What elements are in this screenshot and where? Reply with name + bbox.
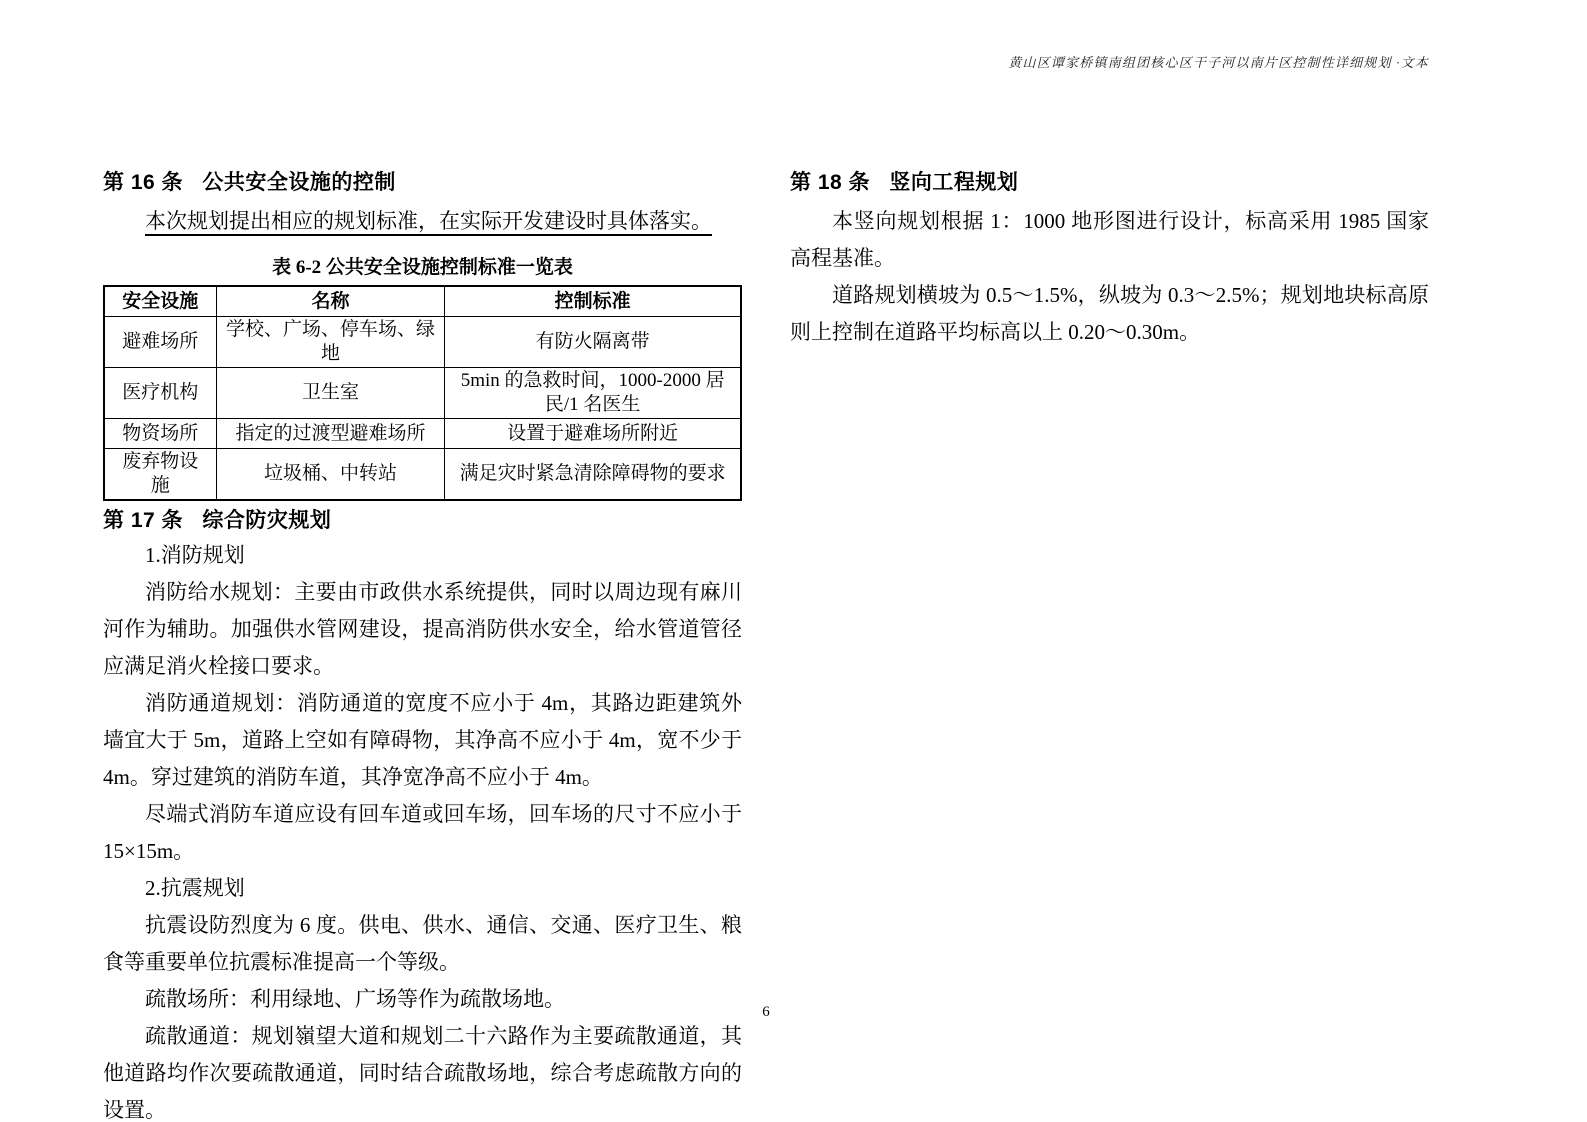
cell-facility: 物资场所: [104, 419, 216, 449]
header-cell-standard: 控制标准: [445, 286, 741, 317]
cell-standard: 设置于避难场所附近: [445, 419, 741, 449]
article-17-paragraph: 尽端式消防车道应设有回车道或回车场，回车场的尺寸不应小于 15×15m。: [103, 796, 742, 870]
cell-name: 学校、广场、停车场、绿地: [216, 317, 445, 368]
article-17-heading: 第 17 条 综合防灾规划: [103, 508, 742, 534]
cell-standard: 满足灾时紧急清除障碍物的要求: [445, 449, 741, 501]
article-17-title: 综合防灾规划: [202, 509, 331, 532]
safety-facilities-table: 安全设施 名称 控制标准 避难场所 学校、广场、停车场、绿地 有防火隔离带 医疗…: [103, 285, 742, 501]
article-17-paragraph: 1.消防规划: [103, 537, 742, 574]
article-18-heading: 第 18 条 竖向工程规划: [790, 170, 1429, 196]
article-17-paragraph: 消防给水规划：主要由市政供水系统提供，同时以周边现有麻川河作为辅助。加强供水管网…: [103, 574, 742, 685]
table-row: 医疗机构 卫生室 5min 的急救时间，1000-2000 居民/1 名医生: [104, 368, 741, 419]
cell-name: 指定的过渡型避难场所: [216, 419, 445, 449]
cell-name: 卫生室: [216, 368, 445, 419]
table-row: 废弃物设施 垃圾桶、中转站 满足灾时紧急清除障碍物的要求: [104, 449, 741, 501]
underlined-sentence: 本次规划提出相应的规划标准，在实际开发建设时具体落实。: [145, 209, 712, 233]
article-18-title: 竖向工程规划: [889, 171, 1018, 194]
article-17-paragraph: 疏散通道：规划嶺望大道和规划二十六路作为主要疏散通道，其他道路均作次要疏散通道，…: [103, 1018, 742, 1122]
article-17-paragraph: 消防通道规划：消防通道的宽度不应小于 4m，其路边距建筑外墙宜大于 5m，道路上…: [103, 685, 742, 796]
page-number: 6: [103, 1004, 1429, 1021]
cell-standard: 5min 的急救时间，1000-2000 居民/1 名医生: [445, 368, 741, 419]
cell-name: 垃圾桶、中转站: [216, 449, 445, 501]
article-17-paragraph: 抗震设防烈度为 6 度。供电、供水、通信、交通、医疗卫生、粮食等重要单位抗震标准…: [103, 907, 742, 981]
article-16-number: 第 16 条: [103, 171, 183, 194]
table-row: 物资场所 指定的过渡型避难场所 设置于避难场所附近: [104, 419, 741, 449]
cell-facility: 医疗机构: [104, 368, 216, 419]
header-cell-name: 名称: [216, 286, 445, 317]
table-header-row: 安全设施 名称 控制标准: [104, 286, 741, 317]
cell-facility: 废弃物设施: [104, 449, 216, 501]
right-column: 第 18 条 竖向工程规划 本竖向规划根据 1：1000 地形图进行设计，标高采…: [790, 170, 1429, 351]
left-column: 第 16 条 公共安全设施的控制 本次规划提出相应的规划标准，在实际开发建设时具…: [103, 170, 742, 1122]
article-18-paragraph: 本竖向规划根据 1：1000 地形图进行设计，标高采用 1985 国家高程基准。: [790, 203, 1429, 277]
cell-facility: 避难场所: [104, 317, 216, 368]
table-row: 避难场所 学校、广场、停车场、绿地 有防火隔离带: [104, 317, 741, 368]
article-18-number: 第 18 条: [790, 171, 870, 194]
article-16-title: 公共安全设施的控制: [202, 171, 396, 194]
article-18-paragraph: 道路规划横坡为 0.5～1.5%，纵坡为 0.3～2.5%；规划地块标高原则上控…: [790, 277, 1429, 351]
table-caption: 表 6-2 公共安全设施控制标准一览表: [103, 256, 742, 280]
header-cell-facility: 安全设施: [104, 286, 216, 317]
article-16-heading: 第 16 条 公共安全设施的控制: [103, 170, 742, 196]
running-header: 黄山区谭家桥镇南组团核心区干子河以南片区控制性详细规划 ·文本: [103, 52, 1429, 71]
cell-standard: 有防火隔离带: [445, 317, 741, 368]
article-17-number: 第 17 条: [103, 509, 183, 532]
document-page: 黄山区谭家桥镇南组团核心区干子河以南片区控制性详细规划 ·文本 第 16 条 公…: [0, 0, 1587, 1122]
article-16-paragraph: 本次规划提出相应的规划标准，在实际开发建设时具体落实。: [103, 203, 742, 240]
article-17-paragraph: 2.抗震规划: [103, 870, 742, 907]
